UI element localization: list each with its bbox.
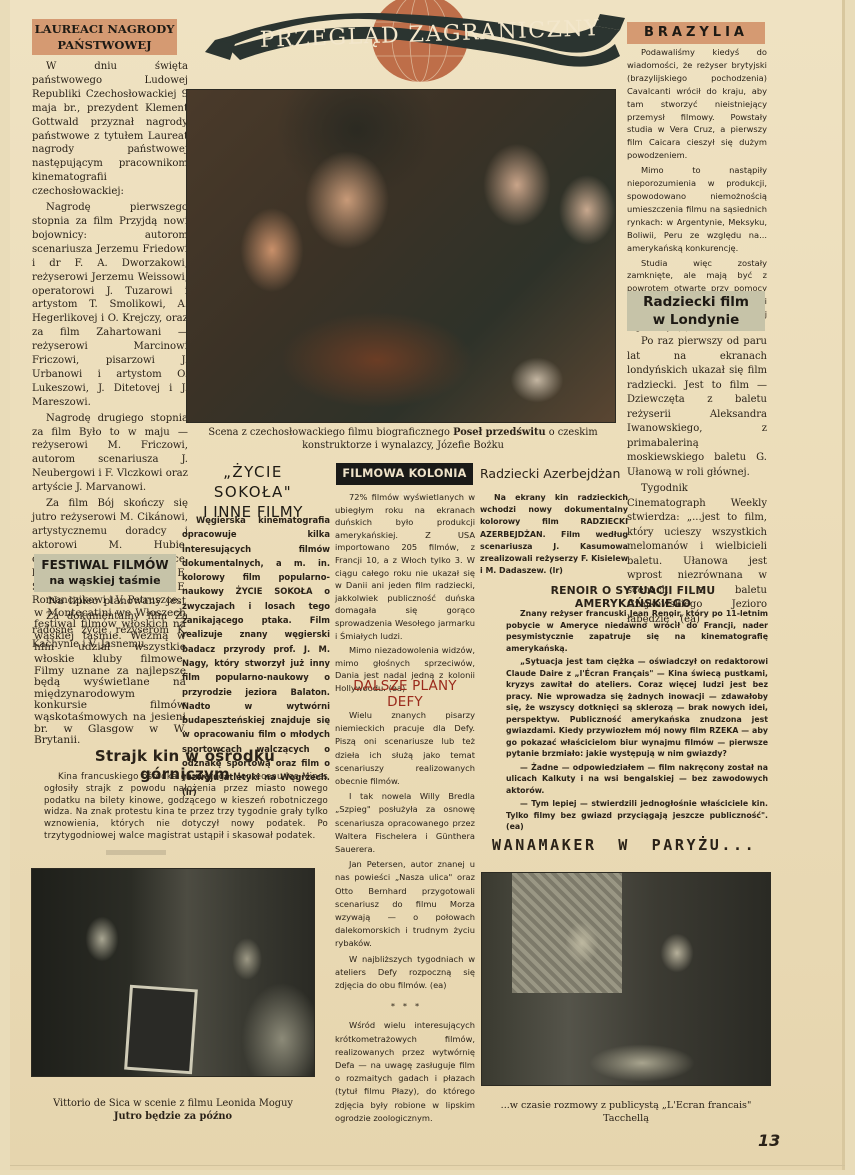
renoir-p3: — Żadne — odpowiedziałem — film nakręcon… bbox=[506, 762, 768, 797]
de-sica-caption: Vittorio de Sica w scenie z filmu Leonid… bbox=[31, 1098, 315, 1123]
magazine-page: LAUREACI NAGRODY PAŃSTWOWEJ W dniu święt… bbox=[10, 0, 845, 1170]
renoir-p2: „Sytuacja jest tam ciężka — oświadczył o… bbox=[506, 656, 768, 760]
londyn-heading-line1: Radziecki film bbox=[627, 293, 765, 311]
main-caption-prefix: Scena z czechosłowackiego filmu biografi… bbox=[208, 427, 450, 438]
zycie-sokola-heading-line1: „ŻYCIE SOKOŁA" bbox=[182, 462, 324, 502]
laureaci-heading-line1: LAUREACI NAGRODY bbox=[32, 21, 177, 37]
de-sica-caption-line1: Vittorio de Sica w scenie z filmu Leonid… bbox=[31, 1098, 315, 1111]
renoir-p1: Znany reżyser francuski Jean Renoir, któ… bbox=[506, 608, 768, 654]
festiwal-heading-line1: FESTIWAL FILMÓW bbox=[34, 557, 176, 573]
londyn-heading-line2: w Londynie bbox=[627, 311, 765, 329]
defa-article: Wielu znanych pisarzy niemieckich pracuj… bbox=[335, 709, 475, 1127]
defa-separator: * * * bbox=[335, 1000, 475, 1013]
defa-p4: W najbliższych tygodniach w ateliers Def… bbox=[335, 953, 475, 993]
brazylia-p1: Podawaliśmy kiedyś do wiadomości, że reż… bbox=[627, 46, 767, 162]
wanamaker-heading: WANAMAKER W PARYŻU... bbox=[492, 836, 772, 854]
festiwal-body: Na lipiec planowany jest w Montecatini w… bbox=[34, 596, 186, 747]
londyn-heading-box: Radziecki film w Londynie bbox=[627, 291, 765, 331]
photo-in-photo bbox=[124, 985, 198, 1075]
main-caption-title: Poseł przedświtu bbox=[453, 427, 546, 438]
masthead: PRZEGLĄD ZAGRANICZNY bbox=[200, 0, 630, 82]
kolonia-usa-article: 72% filmów wyświetlanych w ubiegłym roku… bbox=[335, 491, 475, 697]
laureaci-heading-box: LAUREACI NAGRODY PAŃSTWOWEJ bbox=[32, 19, 177, 55]
defa-heading: DALSZE PLANY DEFY bbox=[335, 678, 475, 710]
zycie-sokola-body: Węgierska kinematografia opracowuje kilk… bbox=[182, 513, 330, 799]
brazylia-p2: Mimo to nastąpiły nieporozumienia w prod… bbox=[627, 164, 767, 254]
festiwal-heading-line2: na wąskiej taśmie bbox=[34, 573, 176, 589]
page-number: 13 bbox=[758, 1131, 780, 1150]
wanamaker-caption: ...w czasie rozmowy z publicystą „L'Ecra… bbox=[481, 1100, 771, 1125]
renoir-heading: RENOIR O SYTUACJI FILMU AMERYKAŃSKIEGO bbox=[498, 584, 768, 610]
festiwal-heading-box: FESTIWAL FILMÓW na wąskiej taśmie bbox=[34, 554, 176, 592]
azerbejdzan-body: Na ekrany kin radzieckich wchodzi nowy d… bbox=[480, 492, 628, 577]
azerbejdzan-article: Na ekrany kin radzieckich wchodzi nowy d… bbox=[480, 492, 628, 579]
laureaci-p2: Nagrodę pierwszego stopnia za film Przyj… bbox=[32, 201, 188, 410]
zycie-sokola-article: Węgierska kinematografia opracowuje kilk… bbox=[182, 513, 330, 801]
festiwal-article: Na lipiec planowany jest w Montecatini w… bbox=[34, 596, 186, 749]
wanamaker-caption-line1: ...w czasie rozmowy z publicystą „L'Ecra… bbox=[481, 1100, 771, 1113]
de-sica-caption-line2: Jutro będzie za późno bbox=[31, 1111, 315, 1124]
kolonia-usa-p1: 72% filmów wyświetlanych w ubiegłym roku… bbox=[335, 491, 475, 642]
laureaci-p3: Nagrodę drugiego stopnia za film Było to… bbox=[32, 412, 188, 495]
defa-p5: Wśród wielu interesujących krótkometrażo… bbox=[335, 1019, 475, 1125]
defa-p3: Jan Petersen, autor znanej u nas powieśc… bbox=[335, 858, 475, 950]
laureaci-heading-line2: PAŃSTWOWEJ bbox=[32, 37, 177, 53]
defa-p2: I tak nowela Willy Bredla „Szpieg" posłu… bbox=[335, 790, 475, 856]
kolonia-usa-heading: FILMOWA KOLONIA USA bbox=[336, 463, 473, 485]
renoir-p4: — Tym lepiej — stwierdzili jednogłośnie … bbox=[506, 798, 768, 833]
main-photo-caption: Scena z czechosłowackiego filmu biografi… bbox=[188, 427, 618, 452]
divider-smudge bbox=[106, 850, 166, 855]
azerbejdzan-heading: Radziecki Azerbejdżan bbox=[480, 466, 630, 481]
laureaci-p1: W dniu święta państwowego Ludowej Republ… bbox=[32, 60, 188, 199]
main-photo-czech-film bbox=[186, 89, 616, 423]
column-rule bbox=[10, 1165, 845, 1166]
renoir-article: Znany reżyser francuski Jean Renoir, któ… bbox=[506, 608, 768, 835]
wanamaker-photo bbox=[481, 872, 771, 1086]
wanamaker-caption-line2: Tacchellą bbox=[481, 1113, 771, 1126]
londyn-p1: Po raz pierwszy od paru lat na ekranach … bbox=[627, 335, 767, 480]
de-sica-photo bbox=[31, 868, 315, 1077]
brazylia-heading: BRAZYLIA bbox=[627, 22, 765, 44]
defa-p1: Wielu znanych pisarzy niemieckich pracuj… bbox=[335, 709, 475, 788]
